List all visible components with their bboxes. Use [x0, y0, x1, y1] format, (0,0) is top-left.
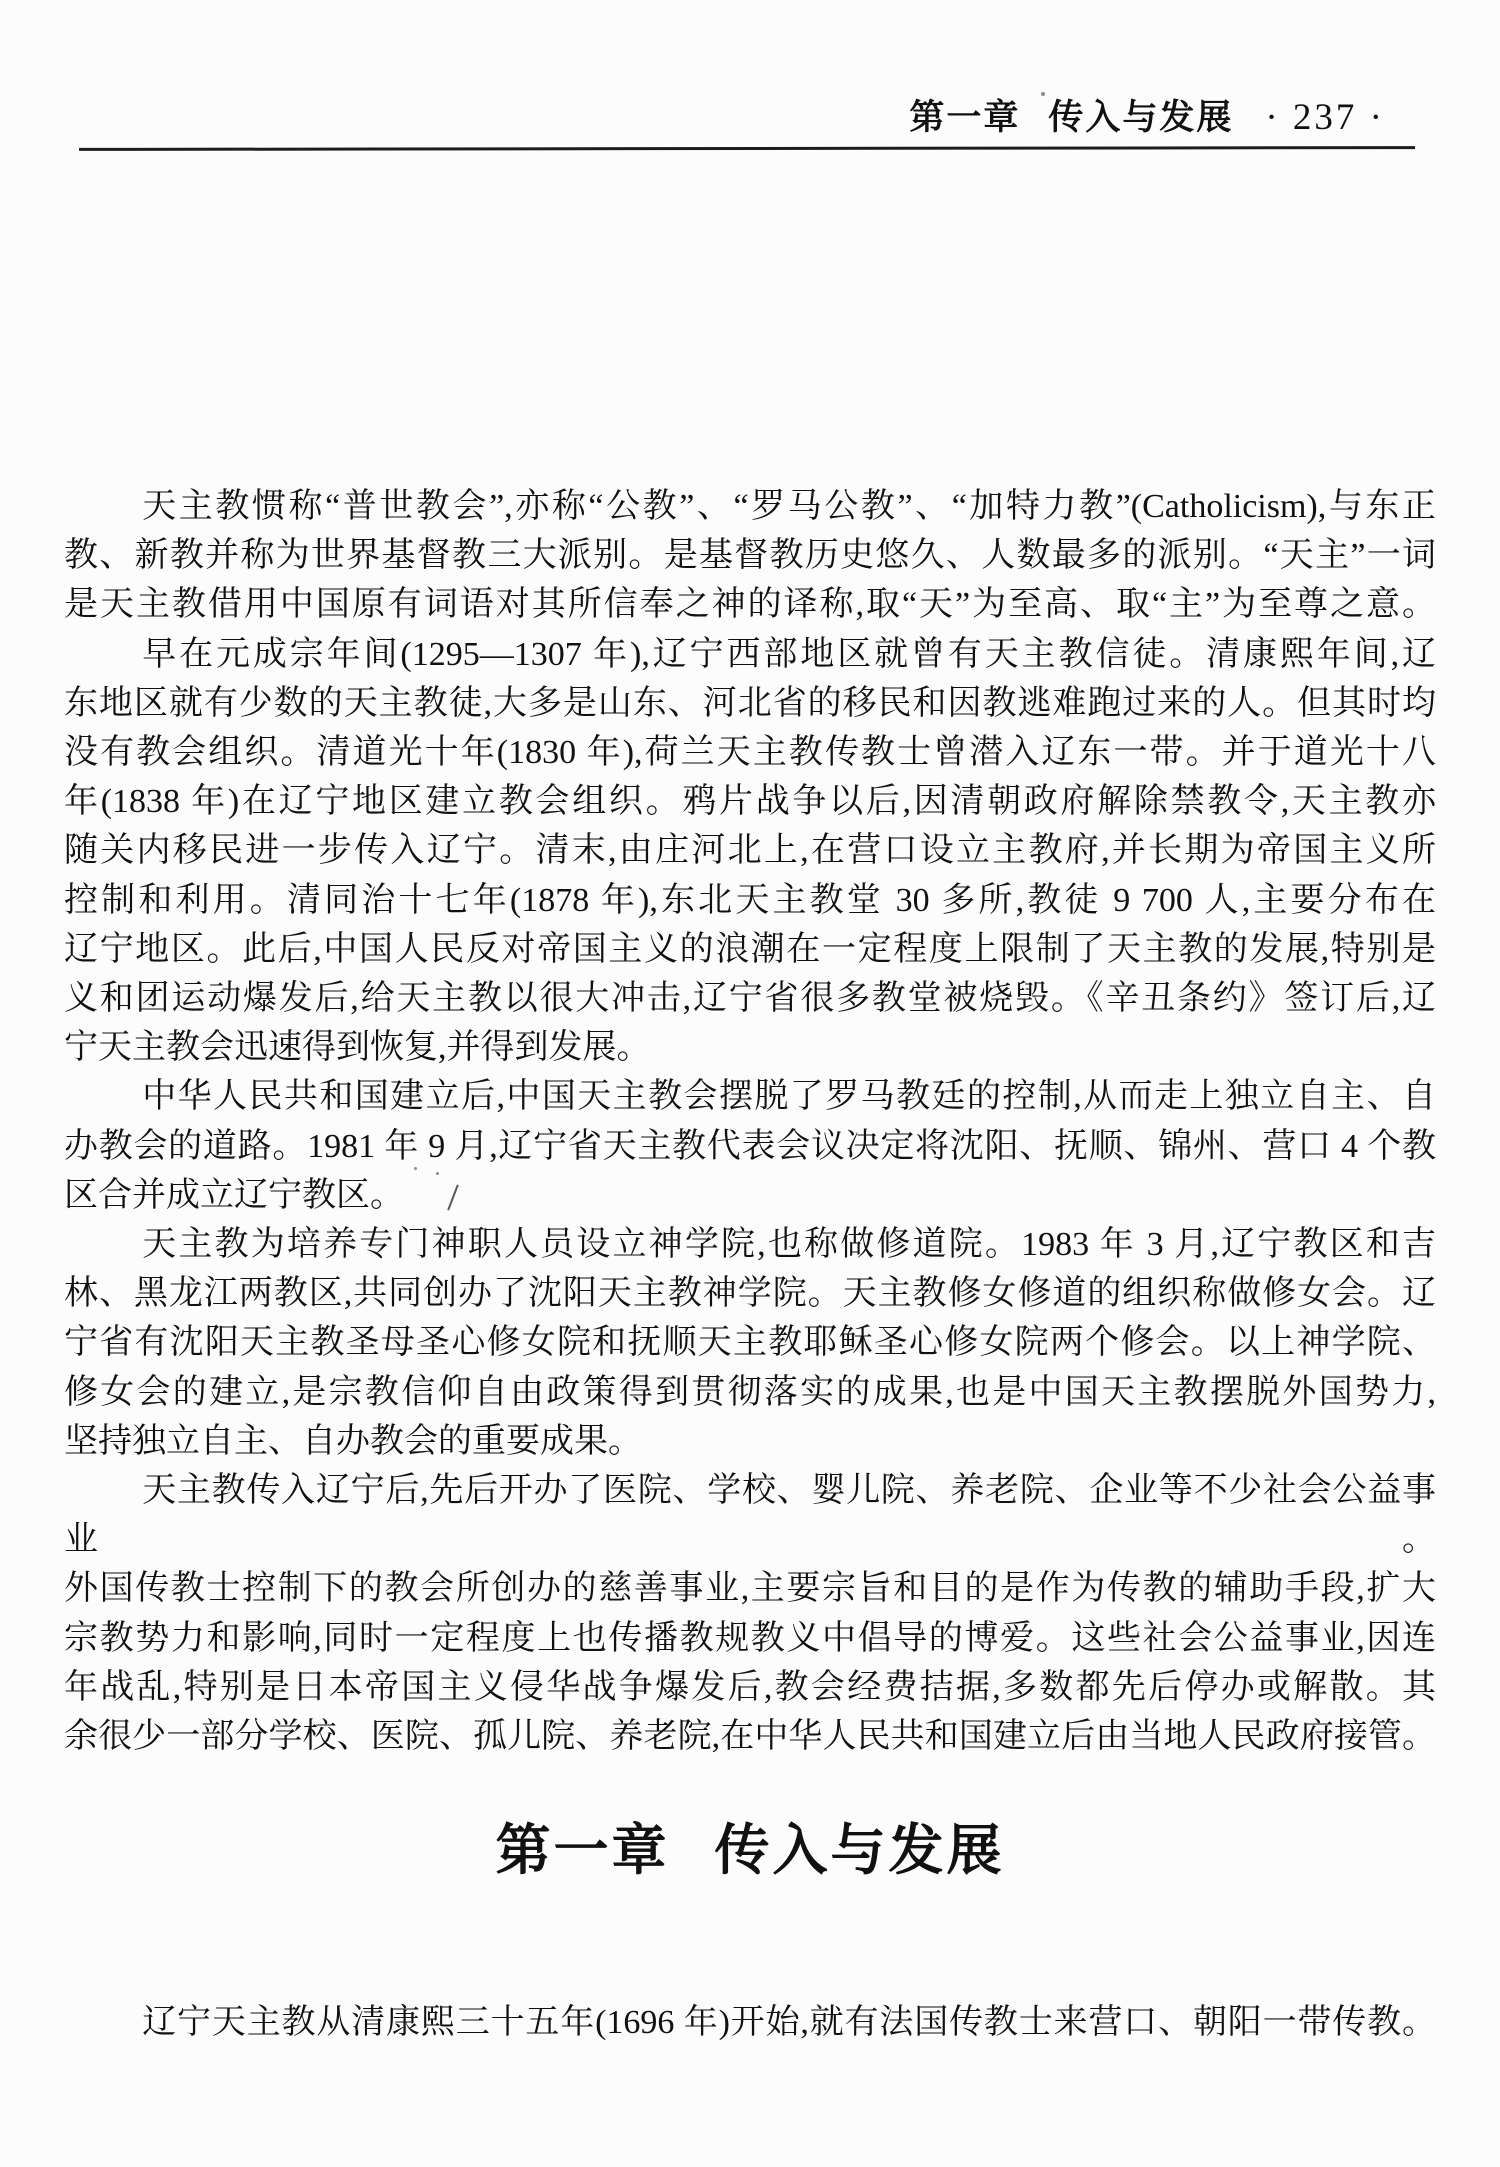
text-line: 林、黑龙江两教区,共同创办了沈阳天主教神学院。天主教修女修道的组织称做修女会。辽	[64, 1269, 1436, 1318]
text-line: 余很少一部分学校、医院、孤儿院、养老院,在中华人民共和国建立后由当地人民政府接管…	[64, 1712, 1436, 1761]
text-line: 教、新教并称为世界基督教三大派别。是基督教历史悠久、人数最多的派别。“天主”一词	[64, 531, 1436, 580]
text-line: 区合并成立辽宁教区。	[64, 1171, 1436, 1220]
text-line: 办教会的道路。1981 年 9 月,辽宁省天主教代表会议决定将沈阳、抚顺、锦州、…	[64, 1122, 1436, 1171]
running-header-chapter: 第一章	[909, 98, 1020, 137]
scan-speck	[414, 1167, 417, 1170]
text-line: 坚持独立自主、自办教会的重要成果。	[64, 1417, 1436, 1466]
text-line: 天主教惯称“普世教会”,亦称“公教”、“罗马公教”、“加特力教”(Catholi…	[64, 482, 1436, 531]
text-line: 辽宁天主教从清康熙三十五年(1696 年)开始,就有法国传教士来营口、朝阳一带传…	[64, 1998, 1436, 2047]
text-line: 宁天主教会迅速得到恢复,并得到发展。	[64, 1023, 1436, 1072]
header-rule	[79, 146, 1415, 151]
text-line: 是天主教借用中国原有词语对其所信奉之神的译称,取“天”为至高、取“主”为至尊之意…	[64, 580, 1436, 629]
paragraph: 天主教为培养专门神职人员设立神学院,也称做修道院。1983 年 3 月,辽宁教区…	[64, 1220, 1436, 1466]
text-line: 年(1838 年)在辽宁地区建立教会组织。鸦片战争以后,因清朝政府解除禁教令,天…	[64, 777, 1436, 826]
text-line: 修女会的建立,是宗教信仰自由政策得到贯彻落实的成果,也是中国天主教摆脱外国势力,	[64, 1368, 1436, 1417]
scan-speck	[1041, 92, 1045, 96]
text-line: 义和团运动爆发后,给天主教以很大冲击,辽宁省很多教堂被烧毁。《辛丑条约》签订后,…	[64, 974, 1436, 1023]
text-line: 东地区就有少数的天主教徒,大多是山东、河北省的移民和因教逃难跑过来的人。但其时均	[64, 679, 1436, 728]
text-line: 没有教会组织。清道光十年(1830 年),荷兰天主教传教士曾潜入辽东一带。并于道…	[64, 728, 1436, 777]
book-page: 第一章传入与发展· 237 · 天主教惯称“普世教会”,亦称“公教”、“罗马公教…	[0, 0, 1500, 2167]
text-line: 中华人民共和国建立后,中国天主教会摆脱了罗马教廷的控制,从而走上独立自主、自	[64, 1072, 1436, 1121]
paragraph: 早在元成宗年间(1295—1307 年),辽宁西部地区就曾有天主教信徒。清康熙年…	[64, 630, 1436, 1073]
chapter-heading: 第一章传入与发展	[0, 1818, 1500, 1882]
text-line: 辽宁地区。此后,中国人民反对帝国主义的浪潮在一定程度上限制了天主教的发展,特别是	[64, 925, 1436, 974]
opening-paragraph: 辽宁天主教从清康熙三十五年(1696 年)开始,就有法国传教士来营口、朝阳一带传…	[64, 1998, 1436, 2047]
body-paragraphs: 天主教惯称“普世教会”,亦称“公教”、“罗马公教”、“加特力教”(Catholi…	[64, 482, 1436, 1761]
scan-speck	[436, 1172, 439, 1175]
running-header: 第一章传入与发展· 237 ·	[909, 97, 1385, 139]
text-line: 宁省有沈阳天主教圣母圣心修女院和抚顺天主教耶稣圣心修女院两个修会。以上神学院、	[64, 1318, 1436, 1367]
text-line: 天主教为培养专门神职人员设立神学院,也称做修道院。1983 年 3 月,辽宁教区…	[64, 1220, 1436, 1269]
chapter-heading-title: 传入与发展	[715, 1819, 1005, 1881]
text-line: 外国传教士控制下的教会所创办的慈善事业,主要宗旨和目的是作为传教的辅助手段,扩大	[64, 1564, 1436, 1613]
text-line: 天主教传入辽宁后,先后开办了医院、学校、婴儿院、养老院、企业等不少社会公益事业。	[64, 1466, 1436, 1564]
text-line: 控制和利用。清同治十七年(1878 年),东北天主教堂 30 多所,教徒 9 7…	[64, 876, 1436, 925]
text-line: 早在元成宗年间(1295—1307 年),辽宁西部地区就曾有天主教信徒。清康熙年…	[64, 630, 1436, 679]
text-line: 宗教势力和影响,同时一定程度上也传播教规教义中倡导的博爱。这些社会公益事业,因连	[64, 1614, 1436, 1663]
chapter-heading-number: 第一章	[495, 1819, 669, 1881]
paragraph: 天主教惯称“普世教会”,亦称“公教”、“罗马公教”、“加特力教”(Catholi…	[64, 482, 1436, 630]
page-number: · 237 ·	[1265, 97, 1385, 138]
running-header-section: 传入与发展	[1048, 98, 1233, 137]
text-line: 年战乱,特别是日本帝国主义侵华战争爆发后,教会经费拮据,多数都先后停办或解散。其	[64, 1663, 1436, 1712]
paragraph: 天主教传入辽宁后,先后开办了医院、学校、婴儿院、养老院、企业等不少社会公益事业。…	[64, 1466, 1436, 1761]
paragraph: 中华人民共和国建立后,中国天主教会摆脱了罗马教廷的控制,从而走上独立自主、自办教…	[64, 1072, 1436, 1220]
text-line: 随关内移民进一步传入辽宁。清末,由庄河北上,在营口设立主教府,并长期为帝国主义所	[64, 826, 1436, 875]
